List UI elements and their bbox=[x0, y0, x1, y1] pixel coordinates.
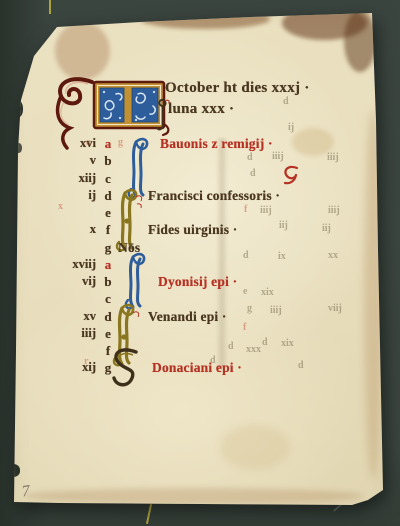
showthrough-text: iij bbox=[322, 223, 331, 234]
showthrough-text: ix bbox=[278, 251, 286, 262]
showthrough-text: x bbox=[58, 201, 63, 212]
showthrough-text: iiij bbox=[327, 152, 339, 163]
golden-number: xviij bbox=[46, 257, 96, 272]
showthrough-text: iiij bbox=[328, 205, 340, 216]
golden-number: xij bbox=[46, 360, 96, 375]
showthrough-text: xxx bbox=[246, 344, 261, 355]
dominical-letter: d bbox=[100, 188, 116, 204]
dominical-letter: e bbox=[100, 205, 116, 221]
golden-number: v bbox=[46, 153, 96, 168]
feast-entry: Bauonis z remigij · bbox=[160, 136, 273, 152]
feast-entry: Dyonisij epi · bbox=[158, 274, 237, 290]
header-line2: luna xxx · bbox=[168, 101, 234, 118]
cadel-initial-blue-2 bbox=[122, 253, 150, 309]
dominical-letter: f bbox=[100, 222, 116, 238]
dominical-letter: g bbox=[100, 240, 116, 256]
showthrough-text: xx bbox=[328, 250, 338, 261]
showthrough-text: iij bbox=[279, 220, 288, 231]
dominical-letter: b bbox=[100, 153, 116, 169]
showthrough-text: d bbox=[298, 360, 304, 371]
golden-number: vij bbox=[46, 274, 96, 289]
stain bbox=[344, 10, 376, 72]
stain bbox=[220, 425, 290, 470]
binding-notch bbox=[15, 143, 22, 153]
showthrough-text: d bbox=[283, 96, 289, 107]
showthrough-text: iiij bbox=[270, 305, 282, 316]
showthrough-text: xix bbox=[281, 338, 294, 349]
dominical-letter: e bbox=[100, 326, 116, 342]
golden-number: xv bbox=[46, 309, 96, 324]
showthrough-text: f bbox=[244, 204, 247, 215]
showthrough-text: d bbox=[228, 341, 234, 352]
leaf-shadow-wrap: October ht dies xxxj · luna xxx · bbox=[0, 0, 400, 526]
feast-entry: Venandi epi · bbox=[148, 309, 227, 325]
showthrough-text: viij bbox=[328, 303, 342, 314]
showthrough-text: xix bbox=[261, 287, 274, 298]
pencil-page-number: 7 bbox=[21, 483, 31, 502]
dominical-letter: g bbox=[100, 360, 116, 376]
vertical-crease bbox=[216, 138, 228, 370]
showthrough-text: d bbox=[243, 250, 249, 261]
golden-number: x bbox=[46, 222, 96, 237]
luna-cadel-initial bbox=[156, 96, 170, 132]
stain bbox=[364, 110, 382, 480]
golden-number: ij bbox=[46, 188, 96, 203]
showthrough-text: f bbox=[243, 322, 246, 333]
showthrough-text: iiij bbox=[260, 205, 272, 216]
showthrough-text: d bbox=[262, 337, 268, 348]
header-line1: October ht dies xxxj · bbox=[165, 80, 310, 97]
feast-entry: Francisci confessoris · bbox=[148, 188, 280, 204]
dominical-letter: f bbox=[100, 343, 116, 359]
parchment-leaf: October ht dies xxxj · luna xxx · bbox=[0, 0, 400, 526]
showthrough-text: g bbox=[247, 303, 252, 314]
dominical-letter: c bbox=[100, 171, 116, 187]
showthrough-text: d bbox=[210, 355, 216, 366]
showthrough-text: ij bbox=[288, 122, 294, 133]
showthrough-text: d bbox=[250, 168, 256, 179]
feast-entry: Fides uirginis · bbox=[148, 222, 237, 238]
binding-notch bbox=[6, 464, 20, 477]
red-paraph-flourish bbox=[281, 164, 301, 186]
binding-notch bbox=[14, 101, 23, 117]
dominical-letter: b bbox=[100, 274, 116, 290]
stain bbox=[55, 22, 110, 80]
dominical-letter: c bbox=[100, 291, 116, 307]
feast-entry: Donaciani epi · bbox=[152, 360, 242, 376]
dominical-letter: a bbox=[100, 136, 116, 152]
showthrough-text: d bbox=[247, 152, 253, 163]
showthrough-text: a bbox=[86, 137, 91, 148]
showthrough-text: iiij bbox=[272, 151, 284, 162]
feast-entry: Nōs bbox=[118, 240, 140, 256]
showthrough-text: e bbox=[243, 286, 247, 297]
manuscript-photo: October ht dies xxxj · luna xxx · bbox=[0, 0, 400, 526]
dominical-letter: a bbox=[100, 257, 116, 273]
showthrough-text: r bbox=[84, 356, 88, 367]
golden-number: xiij bbox=[46, 171, 96, 186]
stain bbox=[24, 488, 364, 504]
dominical-letter: d bbox=[100, 309, 116, 325]
stain bbox=[140, 9, 270, 29]
golden-number: iiij bbox=[46, 326, 96, 341]
showthrough-text: g bbox=[118, 137, 123, 148]
